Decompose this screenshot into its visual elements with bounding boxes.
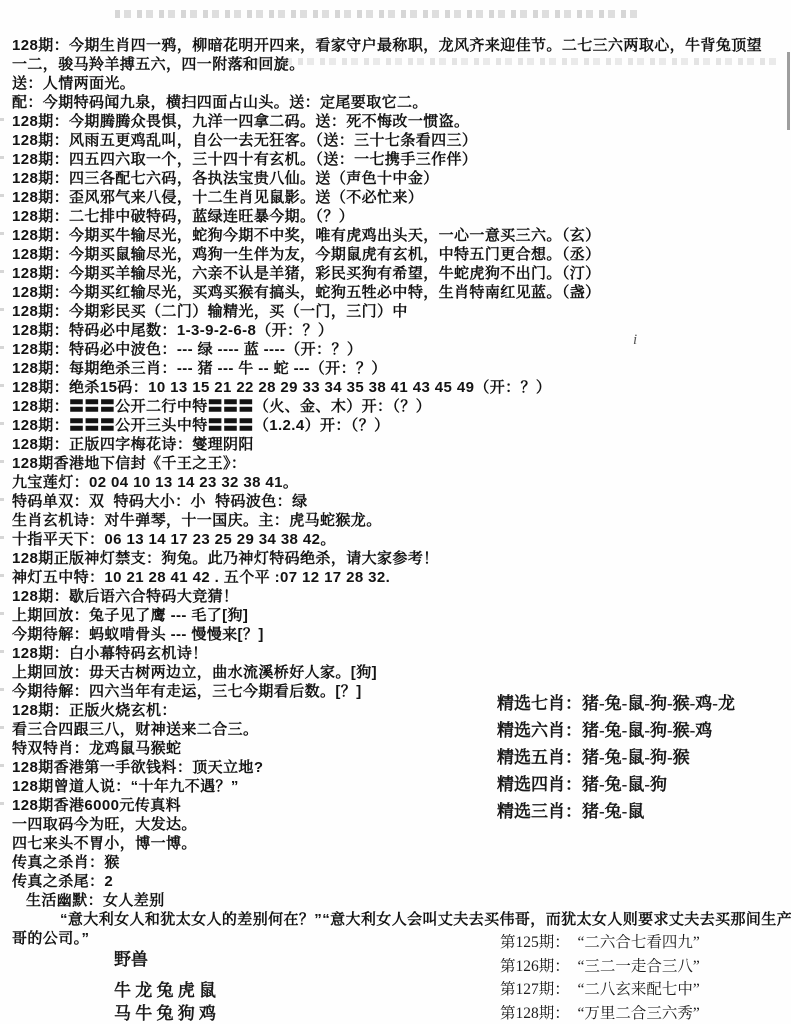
text-line: 生肖玄机诗：对牛弹琴，十一国庆。主：虎马蛇猴龙。 [12, 511, 790, 530]
text-line: 128期：今期腾腾众畏惧，九洋一四拿二码。送：死不悔改一惯盗。 [12, 112, 790, 131]
text-line: 128期：四五四六取一个，三十四十有玄机。（送：一七携手三作伴） [12, 150, 790, 169]
text-line: 128期：今期买牛输尽光，蛇狗今期不中奖，唯有虎鸡出头天，一心一意买三六。（玄） [12, 226, 790, 245]
beast-title: 野兽 [114, 950, 226, 970]
text-line: 128期：歪风邪气来八侵，十二生肖见鼠影。送（不必忙来） [12, 188, 790, 207]
text-line: 128期：今期买鼠输尽光，鸡狗一生伴为友，今期鼠虎有玄机，中特五门更合想。（丞） [12, 245, 790, 264]
text-line: 特码单双：双 特码大小：小 特码波色：绿 [12, 492, 790, 511]
text-line: 上期回放：兔子见了鹰 --- 毛了[狗] [12, 606, 790, 625]
issue-history-line: 第126期： “三二一走合三八” [500, 955, 700, 979]
beast-row: 牛 龙 兔 虎 鼠 [114, 979, 226, 1002]
clipped-text-ghost-top [115, 10, 643, 18]
text-line: 128期：绝杀15码：10 13 15 21 22 28 29 33 34 35… [12, 378, 790, 397]
text-line: 128期：今期彩民买（二门）输精光，买（一门，三门）中 [12, 302, 790, 321]
text-line: 128期：每期绝杀三肖：--- 猪 --- 牛 -- 蛇 ---（开：？） [12, 359, 790, 378]
text-line: 今期待解：蚂蚁啃骨头 --- 慢慢来[？] [12, 625, 790, 644]
text-line: 送：人情两面光。 [12, 74, 790, 93]
issue-history-block: 第125期： “二六合七看四九”第126期： “三二一走合三八”第127期： “… [500, 931, 700, 1024]
issue-history-line: 第125期： “二六合七看四九” [500, 931, 700, 955]
text-line: 配：今期特码闻九泉，横扫四面占山头。送：定尾要取它二。 [12, 93, 790, 112]
text-line: 128期：风雨五更鸡乱叫，自公一去无狂客。（送：三十七条看四三） [12, 131, 790, 150]
text-line: 传真之杀尾：2 [12, 872, 790, 891]
beast-row: 马 牛 兔 狗 鸡 [114, 1002, 226, 1024]
scanned-document-page: i 128期：今期生肖四一鸦，柳暗花明开四来，看家守户最称职，龙风齐来迎佳节。二… [0, 0, 791, 1024]
text-line: 上期回放：毋天古树两边立，曲水流溪桥好人家。[狗] [12, 663, 790, 682]
text-line: 128期：正版四字梅花诗：燮理阴阳 [12, 435, 790, 454]
selected-zodiac-line: 精选六肖：猪-兔-鼠-狗-猴-鸡 [497, 717, 735, 744]
text-line: 128期正版神灯禁支：狗兔。此乃神灯特码绝杀，请大家参考！ [12, 549, 790, 568]
selected-zodiac-line: 精选四肖：猪-兔-鼠-狗 [497, 771, 735, 798]
text-line: 128期：特码必中尾数：1-3-9-2-6-8（开：？） [12, 321, 790, 340]
text-line: 四七来头不胃小，博一博。 [12, 834, 790, 853]
selected-zodiac-line: 精选五肖：猪-兔-鼠-狗-猴 [497, 744, 735, 771]
issue-history-line: 第128期： “万里二合三六秀” [500, 1002, 700, 1024]
text-line: 128期：二七排中破特码，蓝绿连旺暴今期。（？） [12, 207, 790, 226]
text-line: 九宝莲灯：02 04 10 13 14 23 32 38 41。 [12, 473, 790, 492]
text-line: 128期香港地下信封《千王之王》： [12, 454, 790, 473]
selected-zodiac-line: 精选七肖：猪-兔-鼠-狗-猴-鸡-龙 [497, 690, 735, 717]
text-line: 128期：歇后语六合特码大竞猜！ [12, 587, 790, 606]
selected-zodiac-block: 精选七肖：猪-兔-鼠-狗-猴-鸡-龙精选六肖：猪-兔-鼠-狗-猴-鸡精选五肖：猪… [497, 690, 735, 825]
text-line: 128期：〓〓〓公开二行中特〓〓〓（火、金、木）开：（？） [12, 397, 790, 416]
scan-speckle-column-left [0, 118, 4, 828]
text-line: 神灯五中特：10 21 28 41 42 . 五个平 :07 12 17 28 … [12, 568, 790, 587]
text-line: 128期：今期买红输尽光，买鸡买猴有搞头，蛇狗五牲必中特，生肖特南红见蓝。（盏） [12, 283, 790, 302]
text-line: 传真之杀肖：猴 [12, 853, 790, 872]
text-line: 128期：今期生肖四一鸦，柳暗花明开四来，看家守户最称职，龙风齐来迎佳节。二七三… [12, 36, 790, 55]
text-line: 128期：今期买羊输尽光，六亲不认是羊猪，彩民买狗有希望，牛蛇虎狗不出门。（汀） [12, 264, 790, 283]
text-line: 128期：白小幕特码玄机诗！ [12, 644, 790, 663]
text-line: 生活幽默：女人差别 [12, 891, 790, 910]
text-line: 128期：四三各配七六码，各执法宝贵八仙。送（声色十中金） [12, 169, 790, 188]
beast-rows: 牛 龙 兔 虎 鼠马 牛 兔 狗 鸡 [114, 979, 226, 1024]
text-line: 128期：特码必中波色：--- 绿 ---- 蓝 ----（开：？） [12, 340, 790, 359]
issue-history-line: 第127期： “二八玄来配七中” [500, 978, 700, 1002]
text-line: 十指平天下：06 13 14 17 23 25 29 34 38 42。 [12, 530, 790, 549]
beast-table-fragment: 野兽 牛 龙 兔 虎 鼠马 牛 兔 狗 鸡 [114, 950, 226, 1024]
selected-zodiac-line: 精选三肖：猪-兔-鼠 [497, 798, 735, 825]
text-line: “意大利女人和犹太女人的差别何在？”“意大利女人会叫丈夫去买伟哥，而犹太女人则要… [12, 910, 790, 929]
text-line: 128期：〓〓〓公开三头中特〓〓〓（1.2.4）开：（？） [12, 416, 790, 435]
text-line: 一二，骏马羚羊搏五六，四一附落和回旋。 [12, 55, 790, 74]
